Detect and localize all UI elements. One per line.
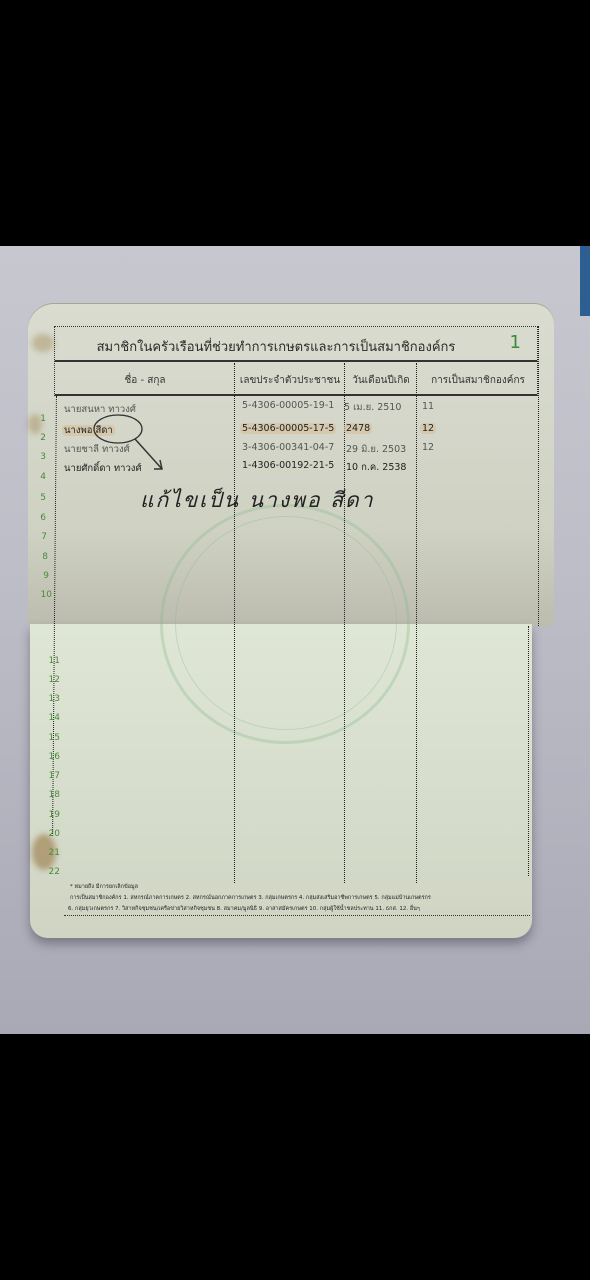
row-number: 20 — [38, 829, 60, 839]
row-1-dob: 5 เม.ย. 2510 — [344, 400, 401, 415]
row-number: 6 — [24, 513, 46, 523]
watermark-seal-inner — [175, 516, 397, 730]
row-number: 3 — [24, 452, 46, 462]
header-id: เลขประจำตัวประชาชน — [235, 373, 345, 388]
row-3-membership: 12 — [422, 442, 434, 453]
row-3-id: 3-4306-00341-04-7 — [242, 442, 334, 453]
row-number: 4 — [24, 472, 46, 482]
footnote-line-2: การเป็นสมาชิกองค์กร 1. สหกรณ์ภาคการเกษตร… — [70, 894, 431, 902]
row-4-dob: 10 ก.ค. 2538 — [346, 460, 406, 475]
page-number: 1 — [510, 332, 521, 353]
row-number: 22 — [38, 867, 60, 877]
column-border — [416, 363, 417, 883]
row-number: 14 — [38, 713, 60, 723]
row-number: 12 — [38, 675, 60, 685]
row-number: 2 — [24, 433, 46, 443]
row-number: 9 — [27, 571, 49, 581]
header-dob: วันเดือนปีเกิด — [345, 373, 417, 388]
row-1-membership: 11 — [422, 401, 434, 412]
row-1-id: 5-4306-00005-19-1 — [242, 400, 334, 411]
row-number: 8 — [26, 552, 48, 562]
handdrawn-circle-arrow-icon — [90, 411, 180, 486]
row-number: 15 — [38, 733, 60, 743]
row-number: 11 — [38, 656, 60, 666]
document-title: สมาชิกในครัวเรือนที่ช่วยทำการเกษตรและการ… — [55, 336, 497, 357]
row-number: 7 — [25, 532, 47, 542]
row-2-id: 5-4306-00005-17-5 — [240, 423, 336, 434]
table-title-box: สมาชิกในครัวเรือนที่ช่วยทำการเกษตรและการ… — [54, 326, 538, 362]
row-2-membership: 12 — [420, 423, 436, 434]
row-4-id: 1-4306-00192-21-5 — [242, 460, 334, 471]
table-right-border — [538, 326, 539, 626]
footnote-line-3: 6. กลุ่มยุวเกษตรกร 7. วิสาหกิจชุมชน/เครื… — [68, 905, 420, 913]
row-2-dob: 2478 — [344, 423, 372, 434]
column-border — [234, 363, 235, 883]
row-number: 10 — [30, 590, 52, 600]
row-number: 18 — [38, 790, 60, 800]
table-header: ชื่อ - สกุล เลขประจำตัวประชาชน วันเดือนป… — [54, 363, 538, 396]
row-number: 16 — [38, 752, 60, 762]
column-border — [344, 363, 345, 883]
row-number: 1 — [24, 414, 46, 424]
row-number: 21 — [38, 848, 60, 858]
handwritten-correction: แก้ไขเป็น นางพอ สีดา — [140, 484, 374, 517]
header-membership: การเป็นสมาชิกองค์กร — [417, 373, 539, 388]
background-object-edge — [580, 246, 590, 316]
header-name: ชื่อ - สกุล — [55, 373, 235, 388]
row-number: 13 — [38, 694, 60, 704]
row-number: 5 — [24, 493, 46, 503]
row-3-dob: 29 มิ.ย. 2503 — [346, 442, 406, 457]
row-number: 19 — [38, 810, 60, 820]
photo-background: สมาชิกในครัวเรือนที่ช่วยทำการเกษตรและการ… — [0, 246, 590, 1034]
table-right-border — [528, 626, 529, 876]
row-number: 17 — [38, 771, 60, 781]
footnote-line-1: * หมายถึง มีการยกเลิกข้อมูล — [70, 883, 138, 891]
